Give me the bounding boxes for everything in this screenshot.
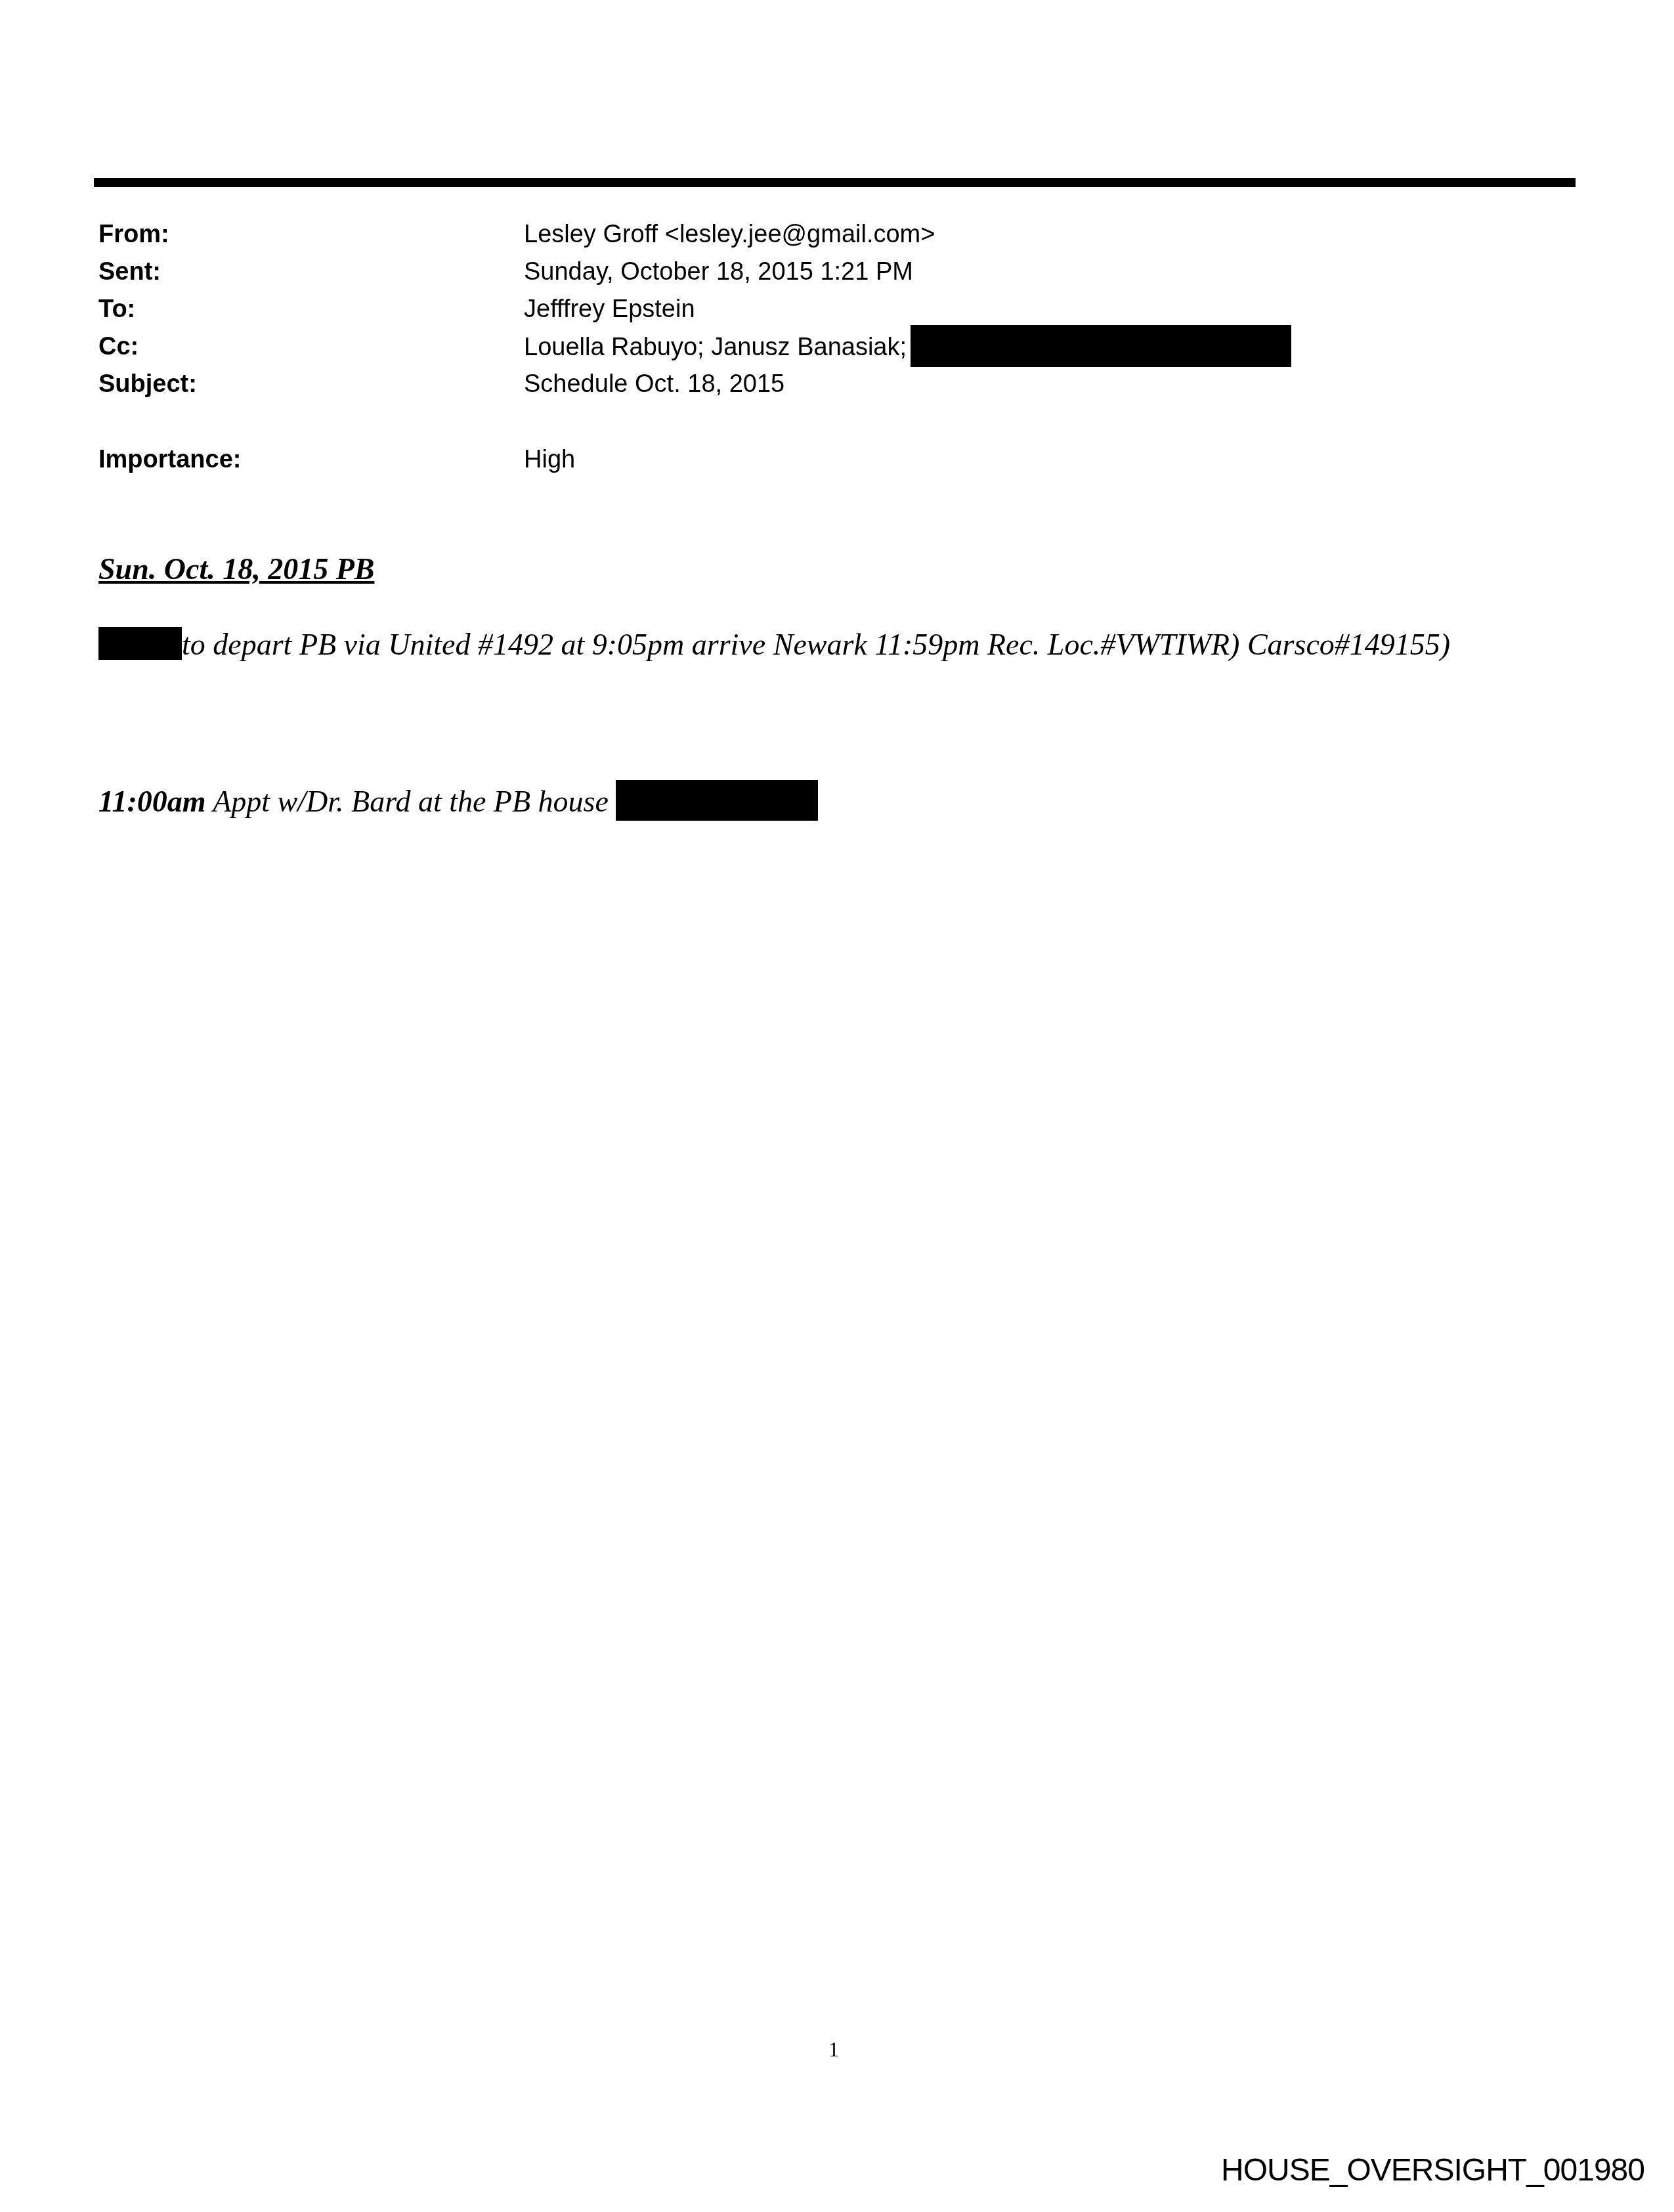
bates-number: HOUSE_OVERSIGHT_001980 bbox=[1221, 2152, 1644, 2188]
cc-value: Louella Rabuyo; Janusz Banasiak; bbox=[524, 334, 907, 361]
flight-line: to depart PB via United #1492 at 9:05pm … bbox=[98, 627, 1450, 662]
cc-value-wrap: Louella Rabuyo; Janusz Banasiak; bbox=[524, 330, 1291, 367]
from-label: From: bbox=[98, 218, 169, 251]
schedule-heading: Sun. Oct. 18, 2015 PB bbox=[98, 552, 374, 586]
subject-label: Subject: bbox=[98, 368, 197, 401]
page-number: 1 bbox=[828, 2037, 839, 2062]
from-value: Lesley Groff <lesley.jee@gmail.com> bbox=[524, 218, 935, 251]
appointment-text: Appt w/Dr. Bard at the PB house bbox=[206, 785, 616, 818]
header-rule bbox=[94, 178, 1576, 187]
importance-value: High bbox=[524, 443, 575, 476]
flight-text: to depart PB via United #1492 at 9:05pm … bbox=[182, 628, 1450, 661]
redaction-block bbox=[616, 780, 818, 821]
to-value: Jefffrey Epstein bbox=[524, 293, 695, 326]
sent-label: Sent: bbox=[98, 255, 161, 288]
to-label: To: bbox=[98, 293, 135, 326]
importance-label: Importance: bbox=[98, 443, 241, 476]
appointment-line: 11:00am Appt w/Dr. Bard at the PB house bbox=[98, 780, 818, 821]
cc-label: Cc: bbox=[98, 330, 139, 363]
subject-value: Schedule Oct. 18, 2015 bbox=[524, 368, 784, 401]
sent-value: Sunday, October 18, 2015 1:21 PM bbox=[524, 255, 913, 288]
appointment-time: 11:00am bbox=[98, 785, 206, 818]
redaction-block bbox=[98, 627, 182, 660]
redaction-block bbox=[911, 325, 1291, 367]
